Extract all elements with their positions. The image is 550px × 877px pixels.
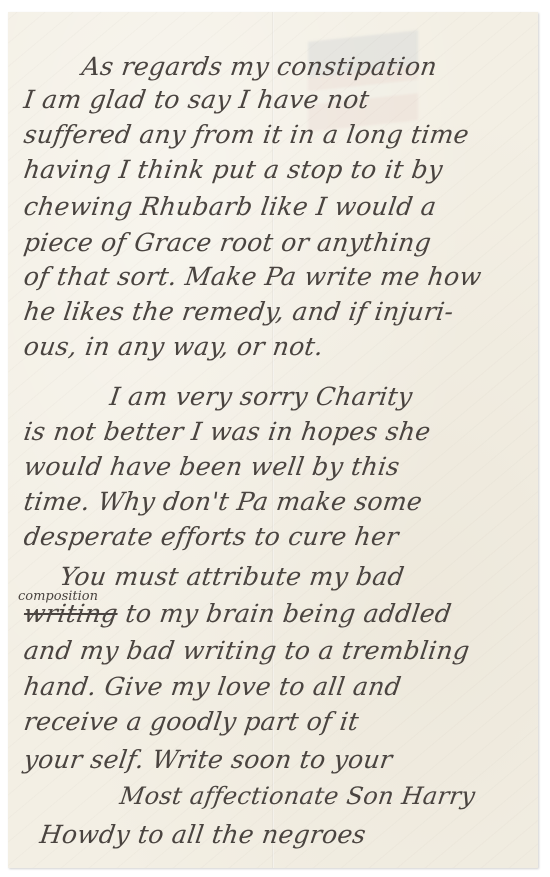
letter-line-14: desperate efforts to cure her — [22, 522, 401, 551]
letter-line-11: is not better I was in hopes she — [22, 417, 433, 446]
struck-word: writing — [22, 599, 120, 628]
letter-line-18: hand. Give my love to all and — [22, 672, 403, 701]
letter-line-7: of that sort. Make Pa write me how — [22, 262, 483, 291]
letter-line-16: writing to my brain being addled — [22, 599, 453, 628]
letter-line-3: suffered any from it in a long time — [22, 120, 471, 149]
letter-line-8: he likes the remedy, and if injuri- — [22, 297, 455, 326]
letter-line-17: and my bad writing to a trembling — [22, 636, 472, 665]
letter-line-5: chewing Rhubarb like I would a — [22, 192, 438, 221]
letter-line-4: having I think put a stop to it by — [22, 155, 445, 184]
letter-line-9: ous, in any way, or not. — [22, 332, 325, 361]
signature-line: Most affectionate Son Harry — [118, 782, 477, 810]
letter-line-19: receive a goodly part of it — [22, 707, 361, 736]
letter-line-15: You must attribute my bad — [58, 562, 406, 591]
letter-page: As regards my constipation I am glad to … — [8, 12, 538, 868]
letter-line-13: time. Why don't Pa make some — [22, 487, 424, 516]
letter-line-6: piece of Grace root or anything — [22, 228, 433, 257]
line-16-rest: to my brain being addled — [116, 599, 454, 628]
postscript-line: Howdy to all the negroes — [38, 820, 368, 849]
letter-line-1: As regards my constipation — [80, 52, 439, 81]
letter-line-12: would have been well by this — [22, 452, 402, 481]
letter-line-2: I am glad to say I have not — [22, 85, 371, 114]
letter-line-20: your self. Write soon to your — [22, 745, 394, 774]
letter-line-10: I am very sorry Charity — [108, 382, 414, 411]
faded-flag-letterhead — [308, 30, 418, 132]
